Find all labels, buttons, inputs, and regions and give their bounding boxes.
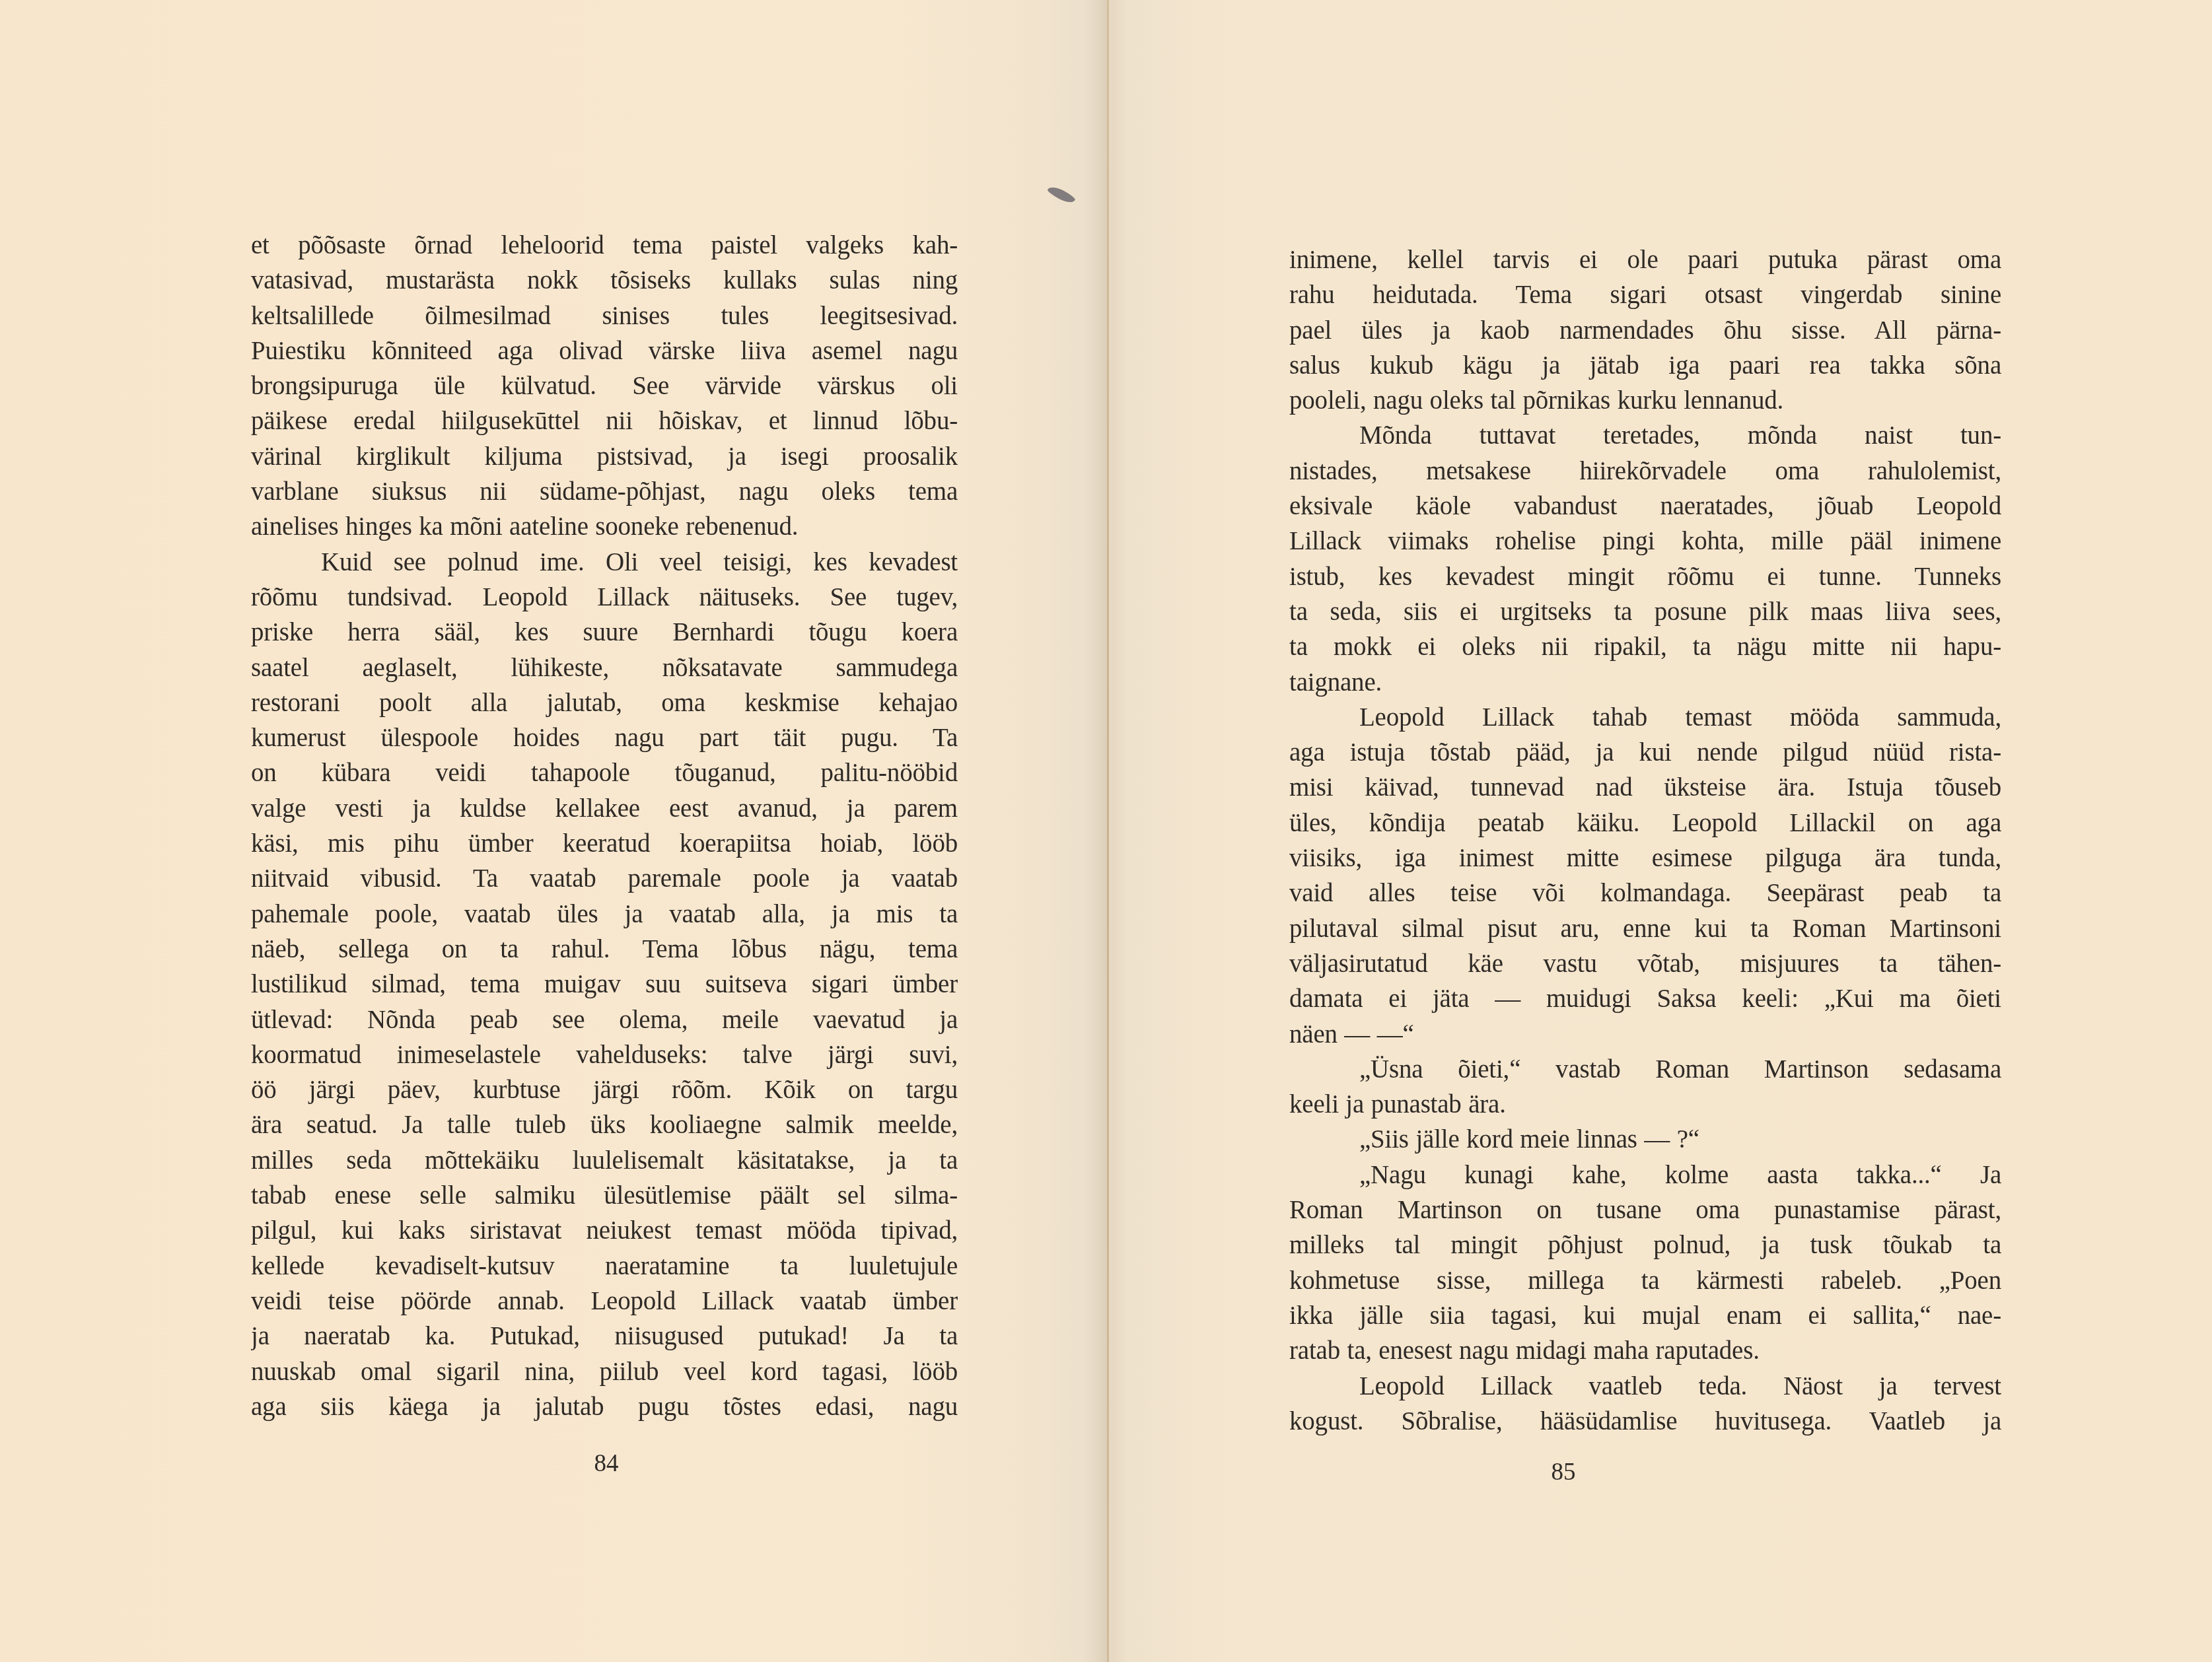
text-line: pooleli, nagu oleks tal põrnikas kurku l… [1289,383,2001,418]
text-line: „Nagu kunagi kahe, kolme aasta takka...“… [1289,1158,2001,1193]
text-line: ütlevad: Nõnda peab see olema, meile vae… [251,1002,958,1037]
text-line: ratab ta, enesest nagu midagi maha raput… [1289,1333,2001,1368]
text-line: aga istuja tõstab pääd, ja kui nende pil… [1289,735,2001,770]
text-line: misi käivad, tunnevad nad üksteise ära. … [1289,770,2001,805]
text-line: valge vesti ja kuldse kellakee eest avan… [251,791,958,826]
text-line: et põõsaste õrnad leheloorid tema paiste… [251,228,958,263]
text-line: nistades, metsakese hiirekõrvadele oma r… [1289,454,2001,489]
text-line: ja naeratab ka. Putukad, niisugused putu… [251,1319,958,1354]
text-line: rõõmu tundsivad. Leopold Lillack näituse… [251,580,958,615]
text-line: varblane siuksus nii südame-põhjast, nag… [251,474,958,509]
right-page-text: inimene, kellel tarvis ei ole paari putu… [1289,242,2001,1439]
text-line: koormatud inimeselastele vahelduseks: ta… [251,1037,958,1072]
text-line: pael üles ja kaob narmendades õhu sisse.… [1289,313,2001,348]
text-line: öö järgi päev, kurbtuse järgi rõõm. Kõik… [251,1072,958,1107]
text-line: viisiks, iga inimest mitte esimese pilgu… [1289,841,2001,876]
text-line: milles seda mõttekäiku luulelisemalt käs… [251,1143,958,1178]
text-line: kohmetuse sisse, millega ta kärmesti rab… [1289,1263,2001,1298]
text-line: ära seatud. Ja talle tuleb üks kooliaegn… [251,1107,958,1142]
text-line: näen — —“ [1289,1017,2001,1052]
text-line: näeb, sellega on ta rahul. Tema lõbus nä… [251,932,958,967]
text-line: väljasirutatud käe vastu võtab, misjuure… [1289,946,2001,981]
text-line: Lillack viimaks rohelise pingi kohta, mi… [1289,524,2001,559]
left-page: et põõsaste õrnad leheloorid tema paiste… [0,0,1107,1662]
text-line: saatel aeglaselt, lühikeste, nõksatavate… [251,650,958,685]
text-line: on kübara veidi tahapoole tõuganud, pali… [251,755,958,790]
text-line: tabab enese selle salmiku ülesütlemise p… [251,1178,958,1213]
text-line: „Üsna õieti,“ vastab Roman Martinson sed… [1289,1052,2001,1087]
text-line: Roman Martinson on tusane oma punastamis… [1289,1193,2001,1228]
text-line: niitvaid vibusid. Ta vaatab paremale poo… [251,861,958,896]
text-line: Leopold Lillack tahab temast mööda sammu… [1289,700,2001,735]
text-line: üles, kõndija peatab käiku. Leopold Lill… [1289,806,2001,841]
text-line: ta seda, siis ei urgitseks ta posune pil… [1289,594,2001,629]
right-page: inimene, kellel tarvis ei ole paari putu… [1109,0,2212,1662]
text-line: värinal kirglikult kiljuma pistsivad, ja… [251,439,958,474]
book-spread: et põõsaste õrnad leheloorid tema paiste… [0,0,2212,1662]
text-line: vatasivad, mustarästa nokk tõsiseks kull… [251,263,958,298]
text-line: inimene, kellel tarvis ei ole paari putu… [1289,242,2001,277]
text-line: „Siis jälle kord meie linnas — ?“ [1289,1122,2001,1157]
text-line: Leopold Lillack vaatleb teda. Näost ja t… [1289,1369,2001,1404]
text-line: salus kukub kägu ja jätab iga paari rea … [1289,348,2001,383]
left-page-number: 84 [540,1449,672,1478]
text-line: ta mokk ei oleks nii ripakil, ta nägu mi… [1289,629,2001,664]
text-line: ikka jälle siia tagasi, kui mujal enam e… [1289,1298,2001,1333]
text-line: damata ei jäta — muidugi Saksa keeli: „K… [1289,981,2001,1016]
text-line: pahemale poole, vaatab üles ja vaatab al… [251,897,958,932]
text-line: ainelises hinges ka mõni aateline soonek… [251,509,958,544]
text-line: nuuskab omal sigaril nina, piilub veel k… [251,1354,958,1389]
text-line: priske herra sääl, kes suure Bernhardi t… [251,615,958,650]
text-line: pilutaval silmal pisut aru, enne kui ta … [1289,911,2001,946]
text-line: aga siis käega ja jalutab pugu tõstes ed… [251,1389,958,1424]
text-line: päikese eredal hiilgusekūttel nii hõiska… [251,403,958,438]
text-line: brongsipuruga üle külvatud. See värvide … [251,368,958,403]
text-line: veidi teise pöörde annab. Leopold Lillac… [251,1284,958,1319]
text-line: kellede kevadiselt-kutsuv naeratamine ta… [251,1249,958,1284]
text-line: istub, kes kevadest mingit rõõmu ei tunn… [1289,559,2001,594]
text-line: taignane. [1289,665,2001,700]
text-line: lustilikud silmad, tema muigav suu suits… [251,967,958,1002]
text-line: kogust. Sõbralise, hääsüdamlise huvituse… [1289,1404,2001,1439]
text-line: vaid alles teise või kolmandaga. Seepära… [1289,876,2001,911]
text-line: kumerust ülespoole hoides nagu part täit… [251,720,958,755]
text-line: eksivale käole vabandust naeratades, jõu… [1289,489,2001,524]
text-line: Puiestiku kõnniteed aga olivad värske li… [251,333,958,368]
text-line: pilgul, kui kaks siristavat neiukest tem… [251,1213,958,1248]
text-line: rahu heidutada. Tema sigari otsast vinge… [1289,277,2001,312]
text-line: keeli ja punastab ära. [1289,1087,2001,1122]
text-line: keltsalillede õilmesilmad sinises tules … [251,298,958,333]
left-page-text: et põõsaste õrnad leheloorid tema paiste… [251,228,958,1424]
text-line: Mõnda tuttavat teretades, mõnda naist tu… [1289,418,2001,453]
text-line: milleks tal mingit põhjust polnud, ja tu… [1289,1228,2001,1263]
text-line: Kuid see polnud ime. Oli veel teisigi, k… [251,545,958,580]
text-line: restorani poolt alla jalutab, oma keskmi… [251,685,958,720]
right-page-number: 85 [1497,1458,1629,1486]
text-line: käsi, mis pihu ümber keeratud koerapiits… [251,826,958,861]
